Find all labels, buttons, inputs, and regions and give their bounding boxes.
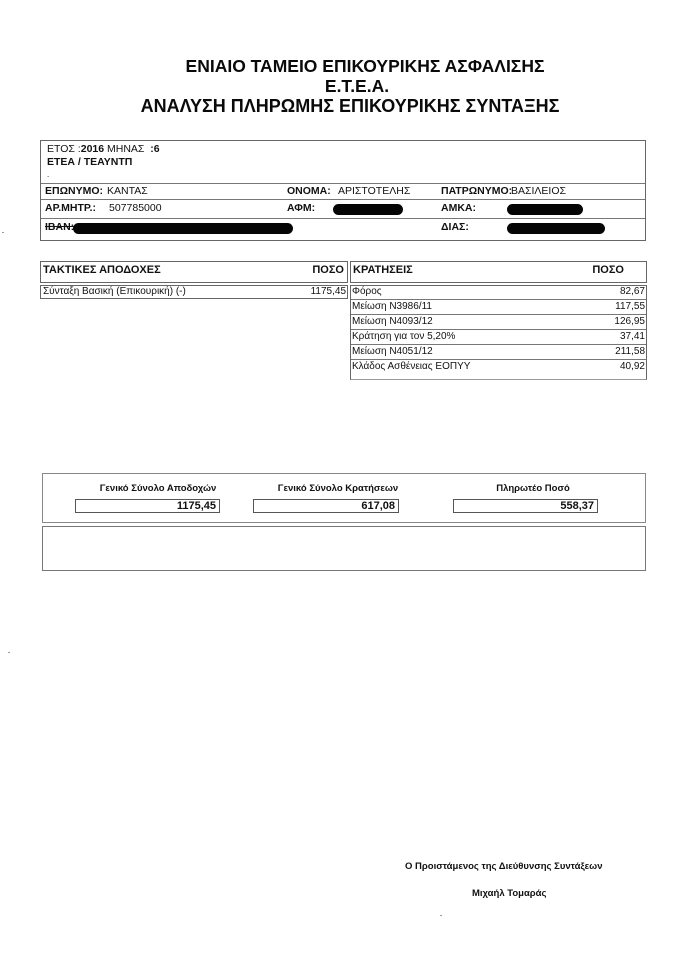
afm-label: ΑΦΜ: (287, 202, 315, 214)
earnings-amount-header: ΠΟΣΟ (312, 264, 344, 276)
iban-label: IBAN: (45, 221, 74, 233)
deduction-row-label: Μείωση Ν4093/12 (352, 316, 433, 327)
deduction-row-label: Κράτηση για τον 5,20% (352, 331, 455, 342)
signature-title: Ο Προιστάμενος της Διεύθυνσης Συντάξεων (405, 861, 603, 872)
deduction-row-label: Κλάδος Ασθένειας ΕΟΠΥΥ (352, 361, 470, 372)
name-label: ΟΝΟΜΑ: (287, 185, 331, 197)
surname-value: ΚΑΝΤΑΣ (107, 185, 148, 197)
year-value: 2016 (81, 143, 104, 155)
deduction-row-amount: 40,92 (620, 361, 645, 372)
scan-speck (8, 652, 10, 653)
month-value: :6 (150, 143, 159, 155)
earnings-header: ΤΑΚΤΙΚΕΣ ΑΠΟΔΟΧΕΣ (43, 264, 161, 276)
total-deductions-label: Γενικό Σύνολο Κρατήσεων (253, 483, 423, 494)
redacted-amka (507, 204, 583, 215)
deductions-body: Φόρος 82,67 Μείωση Ν3986/11 117,55 Μείωσ… (350, 285, 647, 380)
signature-name: Μιχαήλ Τομαράς (472, 888, 546, 899)
redacted-iban (73, 223, 293, 234)
amka-label: ΑΜΚΑ: (441, 202, 476, 214)
deductions-header-row: ΚΡΑΤΗΣΕΙΣ ΠΟΣΟ (350, 261, 647, 283)
deduction-row-label: Μείωση Ν3986/11 (352, 301, 432, 312)
beneficiary-info-box: ΕΤΟΣ :2016 ΜΗΝΑΣ :6 ΕΤΕΑ / ΤΕΑΥΝΤΠ . ΕΠΩ… (40, 140, 646, 241)
registry-number-value: 507785000 (109, 202, 162, 214)
divider (41, 183, 645, 184)
deductions-amount-header: ΠΟΣΟ (592, 264, 624, 276)
deduction-row-amount: 82,67 (620, 286, 645, 297)
row-divider (351, 344, 646, 345)
year-month-line: ΕΤΟΣ :2016 ΜΗΝΑΣ :6 (47, 143, 160, 155)
deduction-row-amount: 117,55 (615, 301, 645, 312)
table-row: Σύνταξη Βασική (Επικουρική) (-) 1175,45 (40, 285, 348, 299)
title-fund-name: ΕΝΙΑΙΟ ΤΑΜΕΙΟ ΕΠΙΚΟΥΡΙΚΗΣ ΑΣΦΑΛΙΣΗΣ (0, 56, 700, 76)
earnings-row-label: Σύνταξη Βασική (Επικουρική) (-) (43, 286, 186, 297)
title-document-type: ΑΝΑΛΥΣΗ ΠΛΗΡΩΜΗΣ ΕΠΙΚΟΥΡΙΚΗΣ ΣΥΝΤΑΞΗΣ (0, 96, 700, 116)
title-fund-abbrev: Ε.Τ.Ε.Α. (0, 76, 700, 96)
total-earnings-label: Γενικό Σύνολο Αποδοχών (73, 483, 243, 494)
divider (41, 199, 645, 200)
deduction-row-label: Φόρος (352, 286, 382, 297)
fund-code: ΕΤΕΑ / ΤΕΑΥΝΤΠ (47, 156, 132, 168)
father-name-value: ΒΑΣΙΛΕΙΟΣ (511, 185, 566, 197)
redacted-dias (507, 223, 605, 234)
row-divider (351, 329, 646, 330)
payable-amount-field: 558,37 (453, 499, 598, 513)
notes-box (42, 526, 646, 571)
document-title: ΕΝΙΑΙΟ ΤΑΜΕΙΟ ΕΠΙΚΟΥΡΙΚΗΣ ΑΣΦΑΛΙΣΗΣ Ε.Τ.… (0, 56, 700, 116)
registry-number-label: ΑΡ.ΜΗΤΡ.: (45, 202, 96, 214)
dias-label: ΔΙΑΣ: (441, 221, 469, 233)
deductions-header: ΚΡΑΤΗΣΕΙΣ (353, 264, 413, 276)
scan-speck (440, 915, 442, 916)
father-name-label: ΠΑΤΡΩΝΥΜΟ: (441, 185, 512, 197)
total-earnings-field: 1175,45 (75, 499, 220, 513)
deduction-row-amount: 211,58 (615, 346, 645, 357)
surname-label: ΕΠΩΝΥΜΟ: (45, 185, 103, 197)
row-divider (351, 299, 646, 300)
year-label: ΕΤΟΣ : (47, 143, 81, 155)
totals-box: Γενικό Σύνολο Αποδοχών 1175,45 Γενικό Σύ… (42, 473, 646, 523)
total-deductions-field: 617,08 (253, 499, 399, 513)
row-divider (351, 314, 646, 315)
payable-amount-label: Πληρωτέο Ποσό (453, 483, 613, 494)
name-value: ΑΡΙΣΤΟΤΕΛΗΣ (338, 185, 410, 197)
deduction-row-amount: 126,95 (614, 316, 645, 327)
scan-speck (2, 232, 4, 233)
deduction-row-amount: 37,41 (620, 331, 645, 342)
divider (41, 218, 645, 219)
row-divider (351, 359, 646, 360)
earnings-header-row: ΤΑΚΤΙΚΕΣ ΑΠΟΔΟΧΕΣ ΠΟΣΟ (40, 261, 348, 283)
deduction-row-label: Μείωση Ν4051/12 (352, 346, 433, 357)
earnings-row-amount: 1175,45 (311, 286, 346, 297)
dot-mark: . (47, 170, 49, 179)
redacted-afm (333, 204, 403, 215)
month-label: ΜΗΝΑΣ (107, 143, 144, 155)
